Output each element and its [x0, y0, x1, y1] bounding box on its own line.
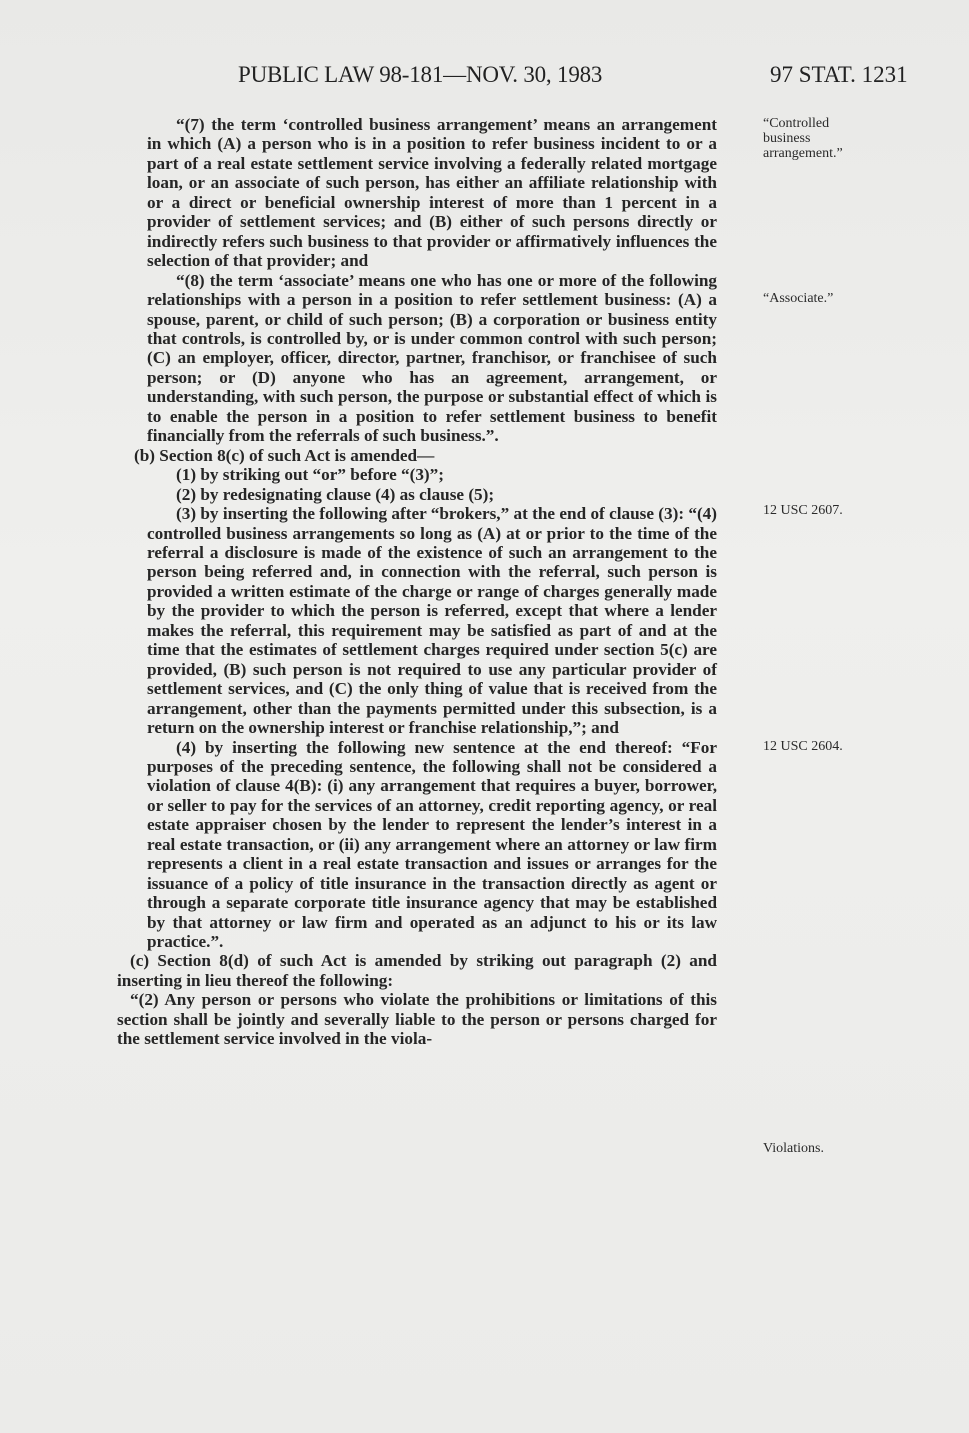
subsection-b-clause-3: (3) by inserting the following after “br… [147, 504, 717, 737]
margin-note-violations: Violations. [763, 1141, 824, 1156]
subsection-b-clause-1: (1) by striking out “or” before “(3)”; [147, 465, 717, 484]
subsection-c-paragraph-2: “(2) Any person or persons who violate t… [117, 990, 717, 1048]
margin-note-line: business [763, 131, 843, 146]
paragraph-8-definition: “(8) the term ‘associate’ means one who … [147, 271, 717, 446]
statute-body: “(7) the term ‘controlled business arran… [147, 115, 717, 1049]
paragraph-7-definition: “(7) the term ‘controlled business arran… [147, 115, 717, 271]
margin-note-line: “Controlled [763, 116, 843, 131]
margin-note-usc-2604: 12 USC 2604. [763, 739, 843, 754]
margin-note-usc-2607: 12 USC 2607. [763, 503, 843, 518]
subsection-b-clause-4: (4) by inserting the following new sente… [147, 738, 717, 952]
subsection-c: (c) Section 8(d) of such Act is amended … [117, 951, 717, 990]
page-number: 97 STAT. 1231 [770, 62, 908, 88]
margin-note-line: arrangement.” [763, 146, 843, 161]
subsection-b-heading: (b) Section 8(c) of such Act is amended— [134, 446, 717, 465]
margin-note-controlled-business: “Controlled business arrangement.” [763, 116, 843, 161]
margin-note-associate: “Associate.” [763, 291, 833, 306]
statute-page: PUBLIC LAW 98-181—NOV. 30, 1983 97 STAT.… [0, 0, 969, 1433]
running-head: PUBLIC LAW 98-181—NOV. 30, 1983 [238, 62, 602, 88]
subsection-b-clause-2: (2) by redesignating clause (4) as claus… [147, 485, 717, 504]
